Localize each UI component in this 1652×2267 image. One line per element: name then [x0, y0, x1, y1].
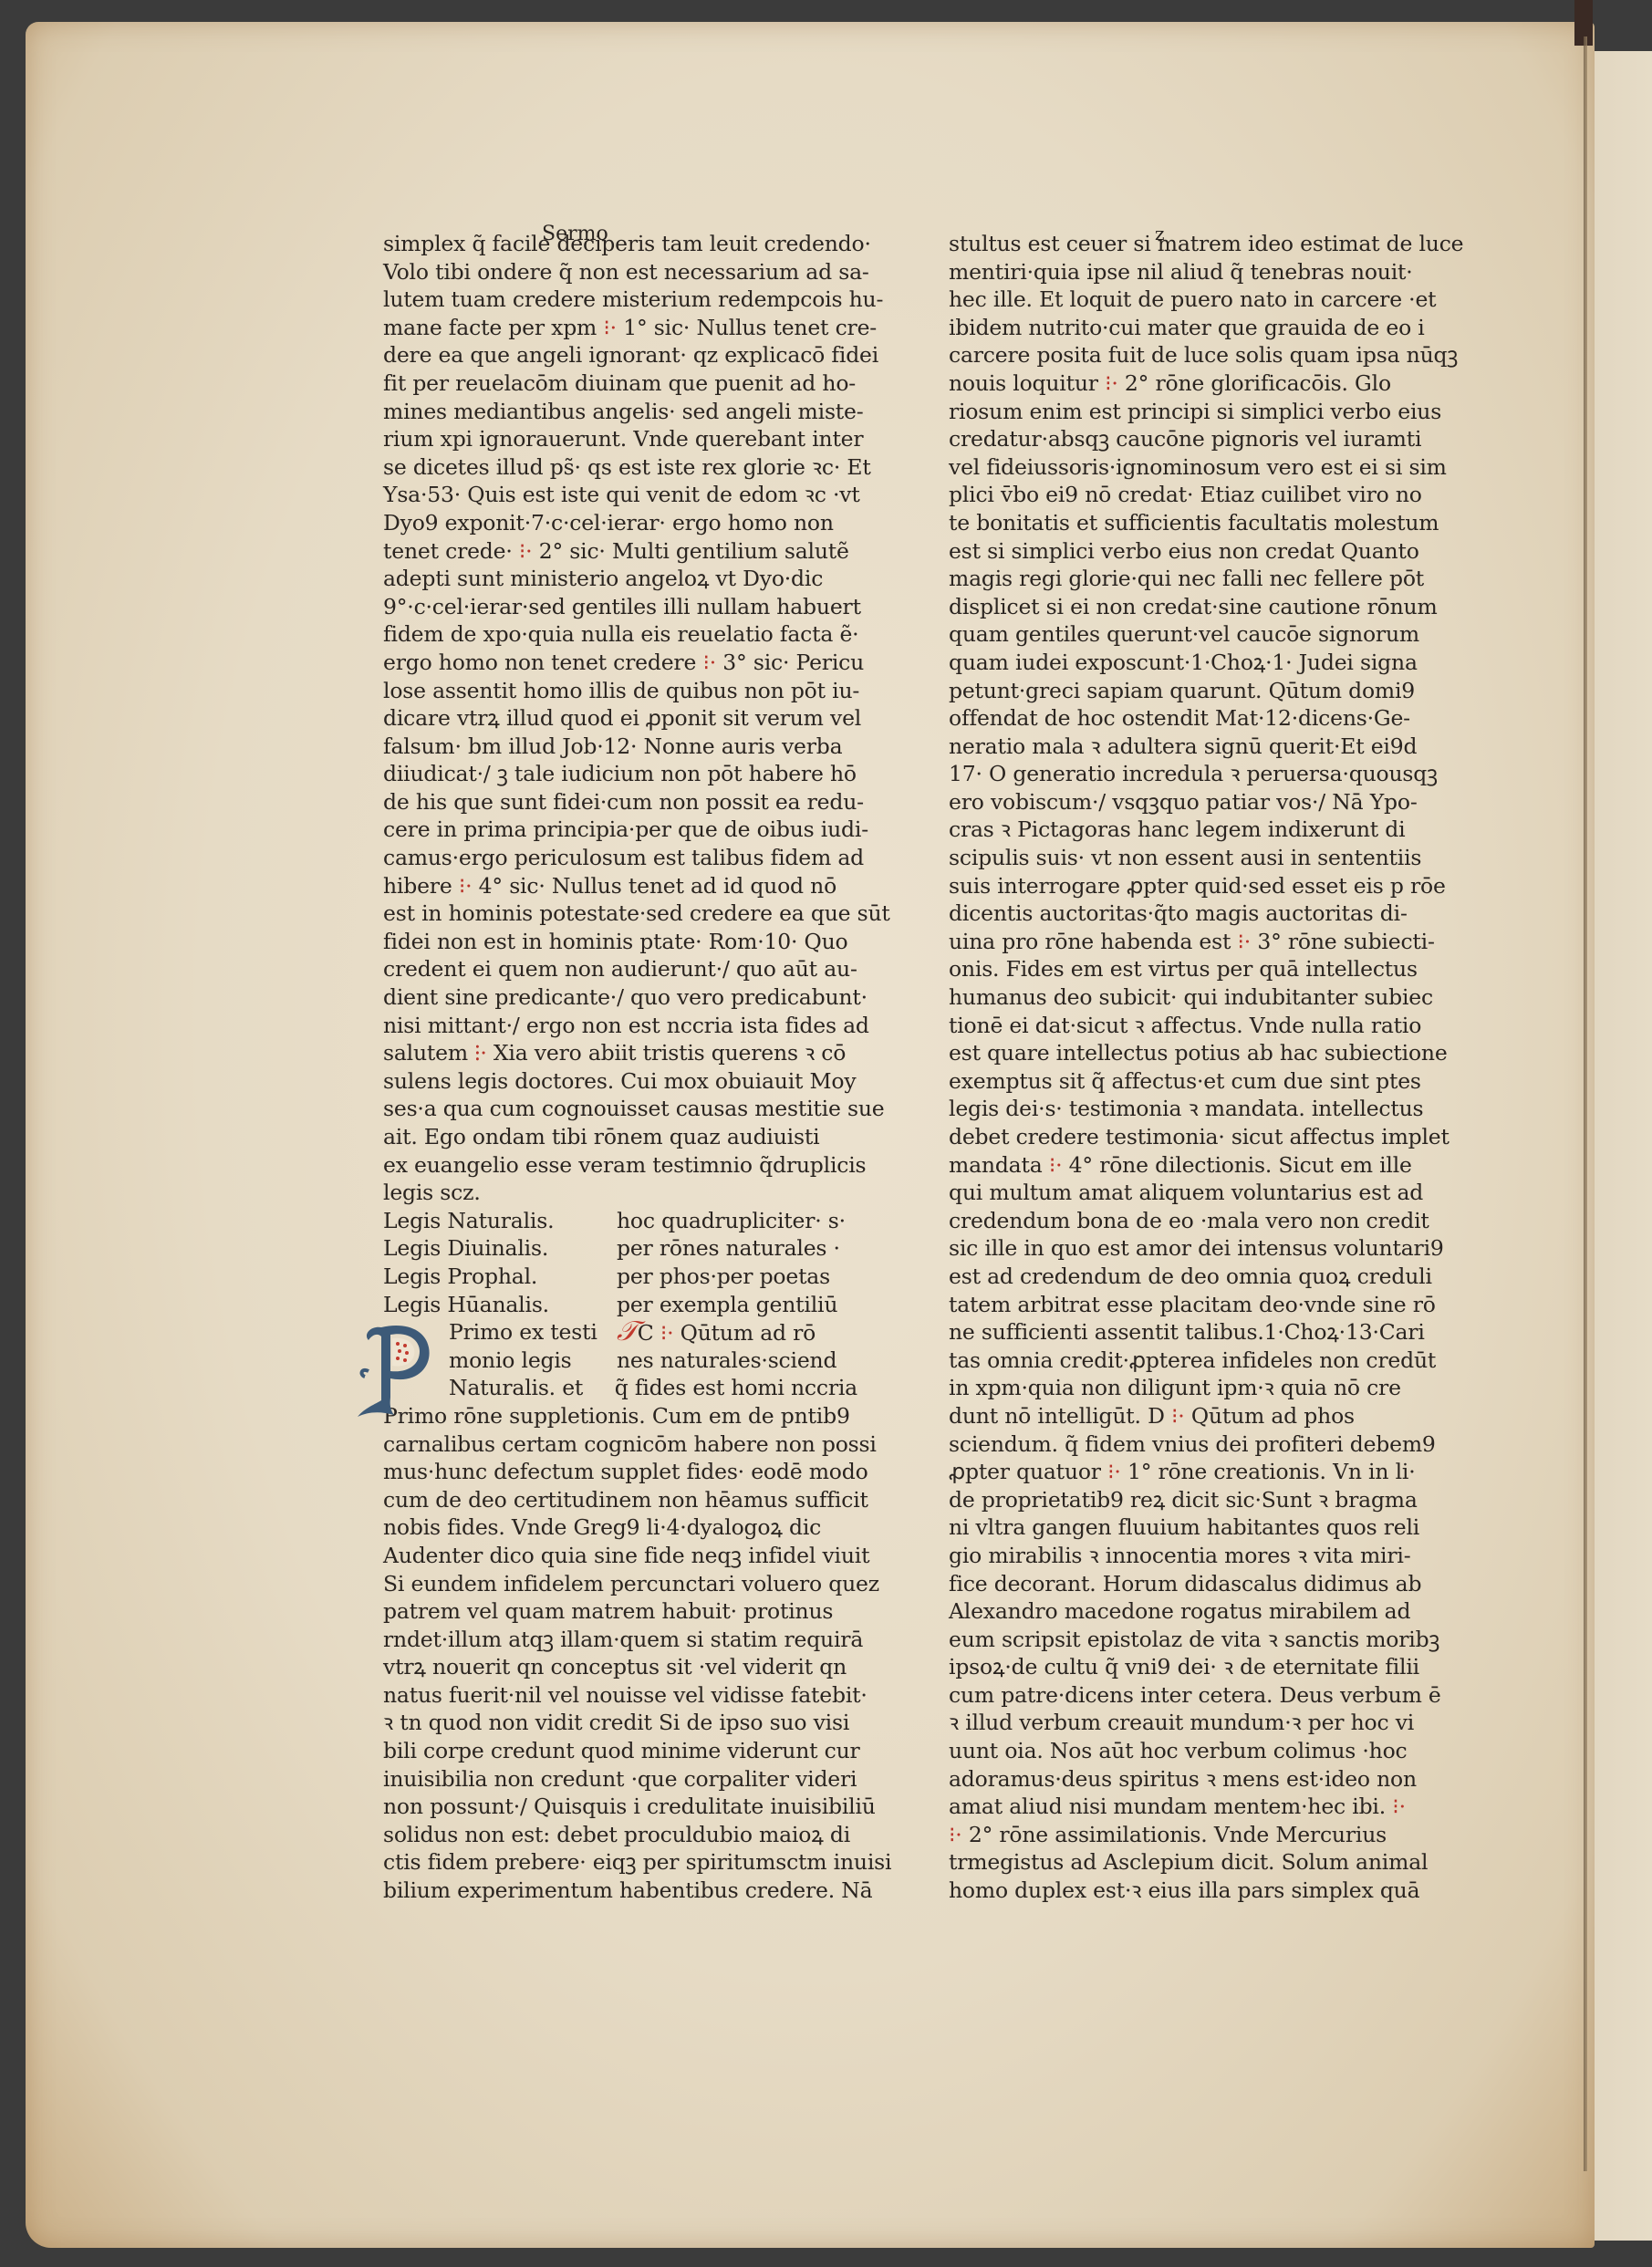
text-line: sic ille in quo est amor dei intensus vo… — [949, 1234, 1432, 1263]
table-row: Legis Hūanalis.per exempla gentiliū — [383, 1291, 857, 1319]
text-line: quam gentiles querunt·vel caucōe signoru… — [949, 620, 1432, 649]
paragraph-mark-icon: ⁝· — [1171, 1403, 1185, 1429]
text-line: patrem vel quam matrem habuit· protinus — [383, 1597, 857, 1626]
text-line: 9°·c·cel·ierar·sed gentiles illi nullam … — [383, 593, 857, 621]
text-line: tas omnia credit·ꝓpterea infideles non c… — [949, 1347, 1432, 1375]
text-line: quam iudei exposcunt·1·Choꝝ·1· Judei sig… — [949, 649, 1432, 677]
text-line: debet credere testimonia· sicut affectus… — [949, 1123, 1432, 1151]
initial-row: Primo ex testi𝒯C ⁝· Qūtum ad rō — [383, 1318, 857, 1347]
text-line: ses·a qua cum cognouisset causas mestiti… — [383, 1095, 857, 1123]
text-line: Si eundem infidelem percunctari voluero … — [383, 1570, 857, 1598]
text-line: ex euangelio esse veram testimnio q̃drup… — [383, 1151, 857, 1180]
text-line: gio mirabilis ꝛ innocentia mores ꝛ vita … — [949, 1542, 1432, 1570]
text-line: dere ea que angeli ignorant· qz explicac… — [383, 341, 857, 369]
paragraph-mark-icon: ⁝· — [1238, 929, 1252, 954]
text-line: nouis loquitur ⁝· 2° rōne glorificacōis.… — [949, 369, 1432, 398]
text-line: hec ille. Et loquit de puero nato in car… — [949, 286, 1432, 314]
text-line: plici v̄bo ei9 nō credat· Etiaz cuilibet… — [949, 481, 1432, 509]
initial-left-text: monio legis — [449, 1347, 617, 1375]
law-name: Legis Diuinalis. — [383, 1234, 617, 1263]
text-line: fidem de xpo·quia nulla eis reuelatio fa… — [383, 620, 857, 649]
text-line: credent ei quem non audierunt·/ quo aūt … — [383, 955, 857, 983]
text-line: Dyo9 exponit·7·c·cel·ierar· ergo homo no… — [383, 509, 857, 537]
text-line: ipsoꝝ·de cultu q̃ vni9 dei· ꝛ de eternit… — [949, 1653, 1432, 1681]
table-row: Legis Diuinalis.per rōnes naturales · — [383, 1234, 857, 1263]
text-line: carcere posita fuit de luce solis quam i… — [949, 341, 1432, 369]
text-line: Ysa·53· Quis est iste qui venit de edom … — [383, 481, 857, 509]
text-line: uina pro rōne habenda est ⁝· 3° rōne sub… — [949, 928, 1432, 956]
text-line: cere in prima principia·per que de oibus… — [383, 816, 857, 844]
table-row: Legis Naturalis.hoc quadrupliciter· s· — [383, 1207, 857, 1235]
text-line: cum de deo certitudinem non hēamus suffi… — [383, 1486, 857, 1514]
initial-left-text: Primo ex testi — [449, 1318, 617, 1347]
paragraph-mark-icon: ⁝· — [519, 538, 533, 564]
text-line: nobis fides. Vnde Greg9 li·4·dyalogoꝝ di… — [383, 1513, 857, 1542]
text-line: adoramus·deus spiritus ꝛ mens est·ideo n… — [949, 1765, 1432, 1794]
law-name: Legis Prophal. — [383, 1263, 617, 1291]
text-line: credatur·absqꝫ caucōne pignoris vel iura… — [949, 425, 1432, 453]
text-line: ꝛ illud verbum creauit mundum·ꝛ per hoc … — [949, 1709, 1432, 1737]
paragraph-mark-icon: ⁝· — [603, 315, 617, 340]
law-name: Legis Hūanalis. — [383, 1291, 617, 1319]
paragraph-mark-icon: ⁝· — [1049, 1152, 1063, 1178]
text-line: mines mediantibus angelis· sed angeli mi… — [383, 398, 857, 426]
text-line: suis interrogare ꝓpter quid·sed esset ei… — [949, 872, 1432, 900]
initial-left-text: Naturalis. et — [449, 1374, 615, 1402]
text-line: lose assentit homo illis de quibus non p… — [383, 677, 857, 705]
text-line: qui multum amat aliquem voluntarius est … — [949, 1179, 1432, 1207]
text-line: est quare intellectus potius ab hac subi… — [949, 1039, 1432, 1067]
text-line: non possunt·/ Quisquis i credulitate inu… — [383, 1793, 857, 1821]
text-line: sciendum. q̃ fidem vnius dei profiteri d… — [949, 1430, 1432, 1459]
left-column-continuation: Primo rōne suppletionis. Cum em de pntib… — [383, 1402, 857, 1905]
text-line: sulens legis doctores. Cui mox obuiauit … — [383, 1067, 857, 1096]
paragraph-mark-icon: ⁝· — [702, 650, 716, 675]
text-line: homo duplex est·ꝛ eius illa pars simplex… — [949, 1877, 1432, 1905]
initial-paragraph: Primo ex testi𝒯C ⁝· Qūtum ad rōmonio leg… — [383, 1318, 857, 1402]
text-line: lutem tuam credere misterium redempcois … — [383, 286, 857, 314]
text-line: natus fuerit·nil vel nouisse vel vidisse… — [383, 1681, 857, 1710]
text-line: salutem ⁝· Xia vero abiit tristis queren… — [383, 1039, 857, 1067]
text-line: bilium experimentum habentibus credere. … — [383, 1877, 857, 1905]
text-line: est si simplici verbo eius non credat Qu… — [949, 537, 1432, 566]
text-line: scipulis suis· vt non essent ausi in sen… — [949, 844, 1432, 872]
left-text-column: simplex q̃ facile deciperis tam leuit cr… — [383, 230, 857, 1905]
table-row: Legis Prophal.per phos·per poetas — [383, 1263, 857, 1291]
text-line: rndet·illum atqꝫ illam·quem si statim re… — [383, 1626, 857, 1654]
text-line: mus·hunc defectum supplet fides· eodē mo… — [383, 1458, 857, 1486]
adjacent-leaf-edge — [1595, 51, 1652, 2241]
text-line: exemptus sit q̃ affectus·et cum due sint… — [949, 1067, 1432, 1096]
text-line: ctis fidem prebere· eiqꝫ per spiritumsct… — [383, 1848, 857, 1877]
paragraph-mark-icon: ⁝· — [660, 1320, 674, 1346]
text-line: fit per reuelacōm diuinam que puenit ad … — [383, 369, 857, 398]
text-line: dunt nō intelligūt. D ⁝· Qūtum ad phos — [949, 1402, 1432, 1430]
text-line: ergo homo non tenet credere ⁝· 3° sic· P… — [383, 649, 857, 677]
text-line: Alexandro macedone rogatus mirabilem ad — [949, 1597, 1432, 1626]
text-line: camus·ergo periculosum est talibus fidem… — [383, 844, 857, 872]
gutter-fold — [1584, 36, 1587, 2171]
text-line: diiudicat·/ ꝫ tale iudicium non pōt habe… — [383, 760, 857, 788]
text-line: trmegistus ad Asclepium dicit. Solum ani… — [949, 1848, 1432, 1877]
text-line: Volo tibi ondere q̃ non est necessarium … — [383, 258, 857, 286]
paragraph-mark-icon: ⁝· — [474, 1040, 486, 1066]
text-line: ꝛ tn quod non vidit credit Si de ipso su… — [383, 1709, 857, 1737]
left-column-body: simplex q̃ facile deciperis tam leuit cr… — [383, 230, 857, 1207]
text-line: Audenter dico quia sine fide neqꝫ infide… — [383, 1542, 857, 1570]
text-line: falsum· bm illud Job·12· Nonne auris ver… — [383, 733, 857, 761]
text-line: cras ꝛ Pictagoras hanc legem indixerunt … — [949, 816, 1432, 844]
paragraph-mark-icon: ⁝· — [459, 873, 473, 899]
text-line: offendat de hoc ostendit Mat·12·dicens·G… — [949, 704, 1432, 733]
text-line: solidus non est: debet proculdubio maioꝝ… — [383, 1821, 857, 1849]
text-line: est in hominis potestate·sed credere ea … — [383, 900, 857, 928]
text-line: carnalibus certam cognicōm habere non po… — [383, 1430, 857, 1459]
paragraph-mark-icon: ⁝· — [1392, 1794, 1406, 1819]
text-line: in xpm·quia non diligunt ipm·ꝛ quia nō c… — [949, 1374, 1432, 1402]
laws-table: Legis Naturalis.hoc quadrupliciter· s·Le… — [383, 1207, 857, 1318]
text-line: ni vltra gangen fluuium habitantes quos … — [949, 1513, 1432, 1542]
text-line: petunt·greci sapiam quarunt. Qūtum domi9 — [949, 677, 1432, 705]
rubric-flourish-icon: 𝒯 — [617, 1315, 638, 1347]
law-means: per phos·per poetas — [617, 1263, 830, 1291]
text-line: de his que sunt fidei·cum non possit ea … — [383, 788, 857, 816]
text-line: cum patre·dicens inter cetera. Deus verb… — [949, 1681, 1432, 1710]
text-line: fidei non est in hominis ptate· Rom·10· … — [383, 928, 857, 956]
text-line: 17· O generatio incredula ꝛ peruersa·quo… — [949, 760, 1432, 788]
text-line: vtrꝝ nouerit qn conceptus sit ·vel vider… — [383, 1653, 857, 1681]
text-line: magis regi glorie·qui nec falli nec fell… — [949, 565, 1432, 593]
text-line: ibidem nutrito·cui mater que grauida de … — [949, 314, 1432, 342]
text-line: stultus est ceuer si matrem ideo estimat… — [949, 230, 1432, 258]
text-line: ait. Ego ondam tibi rōnem quaz audiuisti — [383, 1123, 857, 1151]
right-text-column: stultus est ceuer si matrem ideo estimat… — [949, 230, 1432, 1905]
text-line: adepti sunt ministerio angeloꝝ vt Dyo·di… — [383, 565, 857, 593]
text-line: Primo rōne suppletionis. Cum em de pntib… — [383, 1402, 857, 1430]
initial-lines: Primo ex testi𝒯C ⁝· Qūtum ad rōmonio leg… — [383, 1318, 857, 1402]
text-line: se dicetes illud ps̃· qs est iste rex gl… — [383, 453, 857, 482]
text-line: tatem arbitrat esse placitam deo·vnde si… — [949, 1291, 1432, 1319]
text-line: dicare vtrꝝ illud quod ei ꝓponit sit ver… — [383, 704, 857, 733]
text-line: credendum bona de eo ·mala vero non cred… — [949, 1207, 1432, 1235]
text-line: tenet crede· ⁝· 2° sic· Multi gentilium … — [383, 537, 857, 566]
initial-row: Naturalis. etq̃ fides est homi nccria — [383, 1374, 857, 1402]
text-line: 𝒯C ⁝· Qūtum ad rō — [617, 1318, 816, 1347]
text-line: mentiri·quia ipse nil aliud q̃ tenebras … — [949, 258, 1432, 286]
text-line: uunt oia. Nos aūt hoc verbum colimus ·ho… — [949, 1737, 1432, 1765]
text-line: dient sine predicante·/ quo vero predica… — [383, 983, 857, 1012]
paragraph-mark-icon: ⁝· — [1107, 1459, 1121, 1484]
text-line: riosum enim est principi si simplici ver… — [949, 398, 1432, 426]
text-line: mane facte per xpm ⁝· 1° sic· Nullus ten… — [383, 314, 857, 342]
text-line: displicet si ei non credat·sine cautione… — [949, 593, 1432, 621]
text-line: mandata ⁝· 4° rōne dilectionis. Sicut em… — [949, 1151, 1432, 1180]
text-line: neratio mala ꝛ adultera signū querit·Et … — [949, 733, 1432, 761]
text-line: eum scripsit epistolaz de vita ꝛ sanctis… — [949, 1626, 1432, 1654]
paragraph-mark-icon: ⁝· — [1105, 370, 1118, 396]
text-line: simplex q̃ facile deciperis tam leuit cr… — [383, 230, 857, 258]
law-means: hoc quadrupliciter· s· — [617, 1207, 846, 1235]
text-line: legis scz. — [383, 1179, 857, 1207]
initial-row: monio legisnes naturales·sciend — [383, 1347, 857, 1375]
right-column-body: stultus est ceuer si matrem ideo estimat… — [949, 230, 1432, 1905]
text-line: ꝓpter quatuor ⁝· 1° rōne creationis. Vn … — [949, 1458, 1432, 1486]
text-line: onis. Fides em est virtus per quā intell… — [949, 955, 1432, 983]
text-line: nes naturales·sciend — [617, 1347, 836, 1375]
text-line: ne sufficienti assentit talibus.1·Choꝝ·1… — [949, 1318, 1432, 1347]
text-line: legis dei·s· testimonia ꝛ mandata. intel… — [949, 1095, 1432, 1123]
text-line: humanus deo subicit· qui indubitanter su… — [949, 983, 1432, 1012]
text-line: tionē ei dat·sicut ꝛ affectus. Vnde null… — [949, 1012, 1432, 1040]
text-line: nisi mittant·/ ergo non est nccria ista … — [383, 1012, 857, 1040]
text-line: de proprietatib9 reꝝ dicit sic·Sunt ꝛ br… — [949, 1486, 1432, 1514]
text-line: q̃ fides est homi nccria — [615, 1374, 857, 1402]
paragraph-mark-icon: ⁝· — [949, 1822, 962, 1847]
text-line: bili corpe credunt quod minime viderunt … — [383, 1737, 857, 1765]
law-name: Legis Naturalis. — [383, 1207, 617, 1235]
text-line: dicentis auctoritas·q̃to magis auctorita… — [949, 900, 1432, 928]
decorated-initial-p-icon — [354, 1320, 442, 1422]
text-line: hibere ⁝· 4° sic· Nullus tenet ad id quo… — [383, 872, 857, 900]
text-line: rium xpi ignorauerunt. Vnde querebant in… — [383, 425, 857, 453]
text-line: ⁝· 2° rōne assimilationis. Vnde Mercuriu… — [949, 1821, 1432, 1849]
text-line: vel fideiussoris·ignominosum vero est ei… — [949, 453, 1432, 482]
text-line: te bonitatis et sufficientis facultatis … — [949, 509, 1432, 537]
text-line: amat aliud nisi mundam mentem·hec ibi. ⁝… — [949, 1793, 1432, 1821]
text-line: est ad credendum de deo omnia quoꝝ credu… — [949, 1263, 1432, 1291]
law-means: per exempla gentiliū — [617, 1291, 837, 1319]
law-means: per rōnes naturales · — [617, 1234, 840, 1263]
text-line: ero vobiscum·/ vsqꝫquo patiar vos·/ Nā Y… — [949, 788, 1432, 816]
text-line: inuisibilia non credunt ·que corpaliter … — [383, 1765, 857, 1794]
text-line: fice decorant. Horum didascalus didimus … — [949, 1570, 1432, 1598]
